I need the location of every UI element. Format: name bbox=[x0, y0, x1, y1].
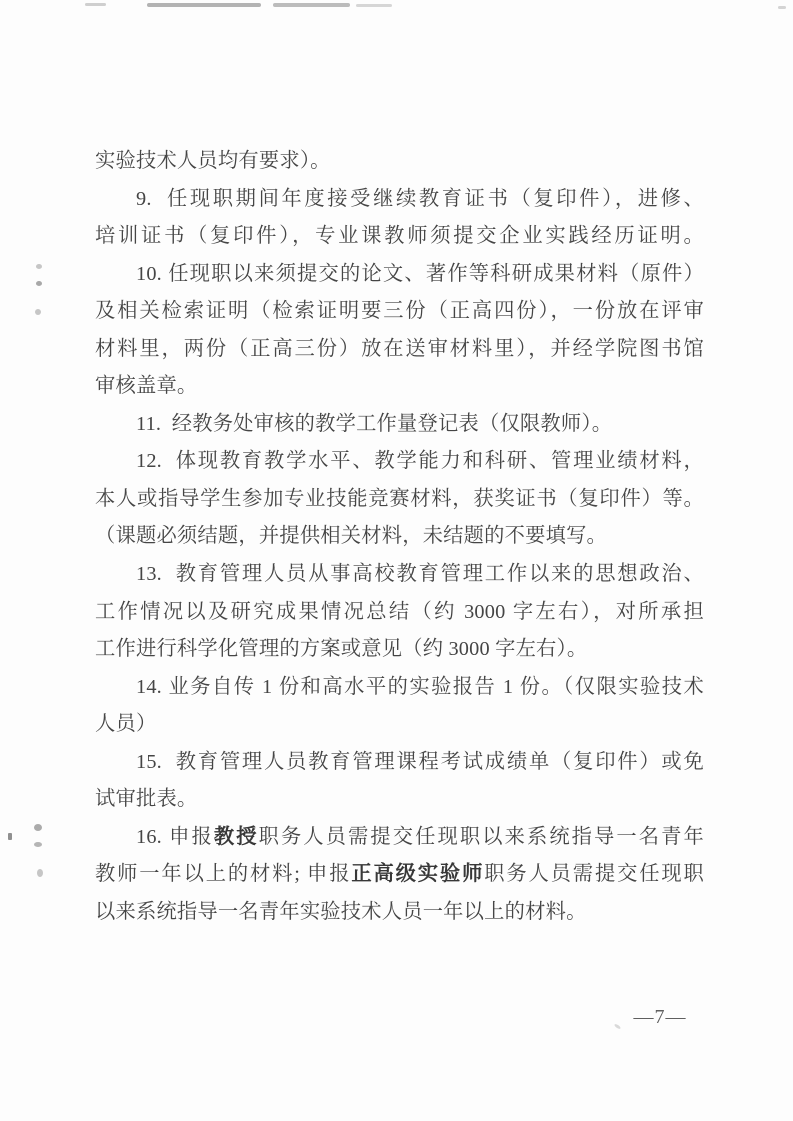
document-line: 13. 教育管理人员从事高校教育管理工作以来的思想政治、 bbox=[95, 556, 704, 594]
text-segment: 16. 申报 bbox=[136, 826, 214, 848]
text-segment: 工作进行科学化管理的方案或意见（约 3000 字左右）。 bbox=[95, 638, 587, 660]
text-segment: 人员） bbox=[95, 713, 156, 735]
text-segment: 以来系统指导一名青年实验技术人员一年以上的材料。 bbox=[95, 901, 587, 923]
scan-speckle bbox=[35, 309, 41, 315]
text-segment: 教师一年以上的材料; 申报 bbox=[95, 863, 351, 885]
text-segment: 14. 业务自传 1 份和高水平的实验报告 1 份。（仅限实验技术 bbox=[136, 676, 704, 698]
text-segment: 职务人员需提交任现职以来系统指导一名青年 bbox=[259, 826, 704, 848]
text-segment: 9. 任现职期间年度接受继续教育证书（复印件），进修、 bbox=[136, 188, 704, 210]
text-block: 实验技术人员均有要求）。9. 任现职期间年度接受继续教育证书（复印件），进修、培… bbox=[95, 143, 704, 931]
document-line: 审核盖章。 bbox=[95, 368, 704, 406]
text-segment: 审核盖章。 bbox=[95, 375, 197, 397]
text-segment: （课题必须结题，并提供相关材料，未结题的不要填写。 bbox=[95, 525, 607, 547]
emphasized-text: 正高级实验师 bbox=[351, 863, 484, 885]
scan-streak bbox=[778, 6, 786, 9]
document-line: 材料里，两份（正高三份）放在送审材料里），并经学院图书馆 bbox=[95, 331, 704, 369]
text-segment: 本人或指导学生参加专业技能竞赛材料，获奖证书（复印件）等。 bbox=[95, 488, 704, 510]
document-line: 及相关检索证明（检索证明要三份（正高四份），一份放在评审 bbox=[95, 293, 704, 331]
document-line: 本人或指导学生参加专业技能竞赛材料，获奖证书（复印件）等。 bbox=[95, 481, 704, 519]
scan-streak bbox=[147, 3, 261, 7]
text-segment: 11. 经教务处审核的教学工作量登记表（仅限教师）。 bbox=[136, 413, 612, 435]
scanned-document-page: 实验技术人员均有要求）。9. 任现职期间年度接受继续教育证书（复印件），进修、培… bbox=[0, 0, 793, 1121]
emphasized-text: 教授 bbox=[214, 826, 259, 848]
document-line: 教师一年以上的材料; 申报正高级实验师职务人员需提交任现职 bbox=[95, 856, 704, 894]
document-line: 以来系统指导一名青年实验技术人员一年以上的材料。 bbox=[95, 894, 704, 932]
document-line: 工作情况以及研究成果情况总结（约 3000 字左右），对所承担 bbox=[95, 594, 704, 632]
document-line: 15. 教育管理人员教育管理课程考试成绩单（复印件）或免 bbox=[95, 744, 704, 782]
document-line: 16. 申报教授职务人员需提交任现职以来系统指导一名青年 bbox=[95, 819, 704, 857]
text-segment: 材料里，两份（正高三份）放在送审材料里），并经学院图书馆 bbox=[95, 338, 704, 360]
scan-streak bbox=[273, 3, 350, 7]
document-line: 培训证书（复印件），专业课教师须提交企业实践经历证明。 bbox=[95, 218, 704, 256]
text-segment: 培训证书（复印件），专业课教师须提交企业实践经历证明。 bbox=[95, 225, 704, 247]
page-number: —7— bbox=[620, 1006, 700, 1029]
document-line: 10. 任现职以来须提交的论文、著作等科研成果材料（原件） bbox=[95, 256, 704, 294]
document-line: 工作进行科学化管理的方案或意见（约 3000 字左右）。 bbox=[95, 631, 704, 669]
document-line: 人员） bbox=[95, 706, 704, 744]
scan-streak bbox=[85, 3, 106, 6]
document-line: 12. 体现教育教学水平、教学能力和科研、管理业绩材料， bbox=[95, 443, 704, 481]
document-line: 11. 经教务处审核的教学工作量登记表（仅限教师）。 bbox=[95, 406, 704, 444]
document-line: 9. 任现职期间年度接受继续教育证书（复印件），进修、 bbox=[95, 181, 704, 219]
scan-speckle bbox=[8, 833, 12, 840]
document-line: 试审批表。 bbox=[95, 781, 704, 819]
document-line: 实验技术人员均有要求）。 bbox=[95, 143, 704, 181]
scan-speckle bbox=[36, 264, 42, 269]
document-line: 14. 业务自传 1 份和高水平的实验报告 1 份。（仅限实验技术 bbox=[95, 669, 704, 707]
text-segment: 工作情况以及研究成果情况总结（约 3000 字左右），对所承担 bbox=[95, 601, 704, 623]
text-segment: 15. 教育管理人员教育管理课程考试成绩单（复印件）或免 bbox=[136, 751, 704, 773]
text-segment: 及相关检索证明（检索证明要三份（正高四份），一份放在评审 bbox=[95, 300, 704, 322]
text-segment: 试审批表。 bbox=[95, 788, 197, 810]
scan-speckle bbox=[37, 869, 43, 877]
scan-streak bbox=[356, 4, 392, 7]
text-segment: 10. 任现职以来须提交的论文、著作等科研成果材料（原件） bbox=[136, 263, 704, 285]
scan-speckle bbox=[34, 824, 42, 831]
text-segment: 实验技术人员均有要求）。 bbox=[95, 150, 331, 172]
text-segment: 13. 教育管理人员从事高校教育管理工作以来的思想政治、 bbox=[136, 563, 704, 585]
text-segment: 职务人员需提交任现职 bbox=[484, 863, 704, 885]
document-line: （课题必须结题，并提供相关材料，未结题的不要填写。 bbox=[95, 518, 704, 556]
text-segment: 12. 体现教育教学水平、教学能力和科研、管理业绩材料， bbox=[136, 450, 704, 472]
scan-speckle bbox=[36, 281, 42, 286]
scan-speckle bbox=[34, 842, 42, 847]
